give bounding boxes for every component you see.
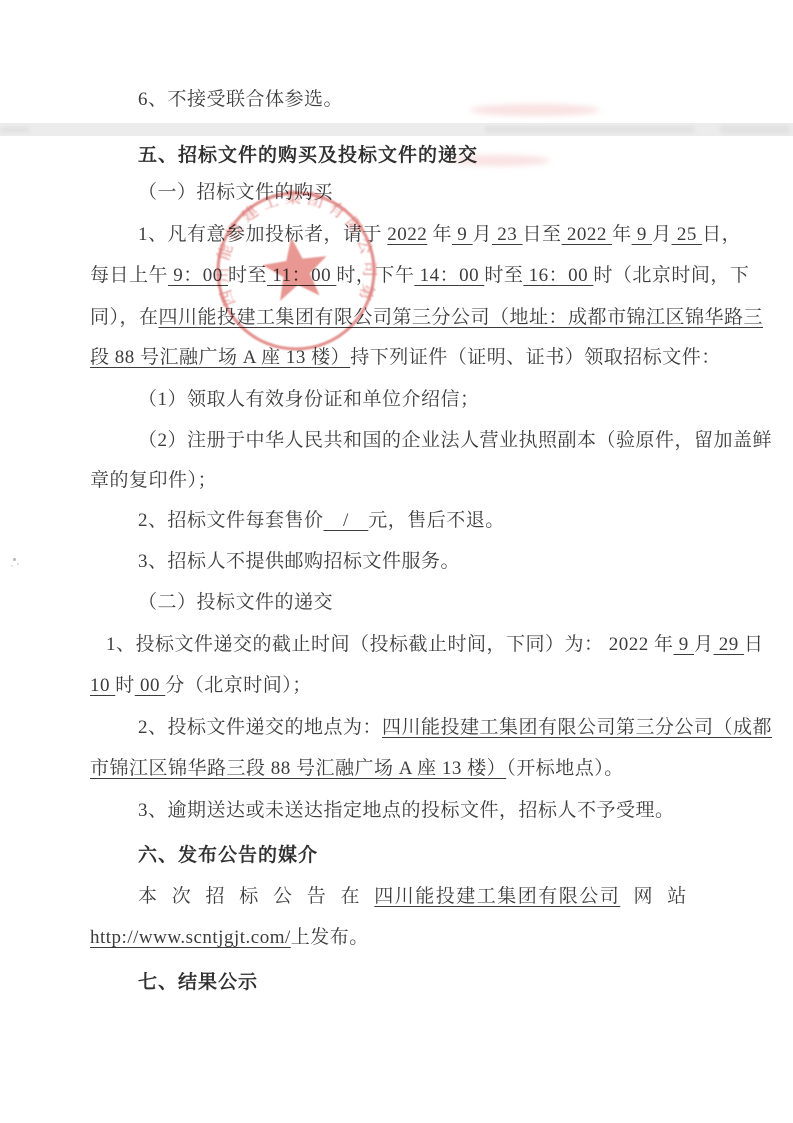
purchase-item-1-line-1: 1、凡有意参加投标者，请于 2022 年 9 月 23 日至 2022 年 9 … bbox=[138, 220, 741, 250]
underlined-field: 23 bbox=[492, 224, 523, 245]
underlined-field: 10 bbox=[90, 675, 115, 696]
text-run: 分（北京时间）； bbox=[165, 675, 312, 696]
text-run: 上发布。 bbox=[291, 927, 369, 948]
submission-item-1-line-2: 10 时 00 分（北京时间）； bbox=[90, 671, 312, 701]
text-run: 1、投标文件递交的截止时间（投标截止时间，下同）为： 2022 年 bbox=[106, 634, 674, 655]
text-run: 六、发布公告的媒介 bbox=[138, 844, 318, 866]
purchase-item-1-line-4: 段 88 号汇融广场 A 座 13 楼）持下列证件（证明、证书）领取招标文件： bbox=[90, 343, 721, 373]
underlined-field: 11：00 bbox=[267, 265, 336, 286]
text-run: 3、逾期送达或未送达指定地点的投标文件，招标人不予受理。 bbox=[138, 800, 675, 821]
text-run: 五、招标文件的购买及投标文件的递交 bbox=[138, 144, 478, 166]
underlined-field: http://www.scntjgjt.com/ bbox=[90, 927, 291, 948]
text-run: 3、招标人不提供邮购招标文件服务。 bbox=[138, 551, 460, 572]
text-run: 章的复印件）； bbox=[90, 470, 217, 491]
text-run: 七、结果公示 bbox=[138, 971, 258, 993]
text-run: 年 bbox=[612, 224, 632, 245]
media-line-1: 本 次 招 标 公 告 在 四川能投建工集团有限公司 网 站 bbox=[138, 882, 688, 912]
document-body: 6、不接受联合体参选。五、招标文件的购买及投标文件的递交（一）招标文件的购买1、… bbox=[0, 0, 793, 1123]
credential-1: （1）领取人有效身份证和单位介绍信； bbox=[138, 385, 480, 415]
text-run: 月 bbox=[652, 224, 672, 245]
underlined-field: 9 bbox=[452, 224, 473, 245]
subsection-2-title: （二）投标文件的递交 bbox=[138, 588, 333, 618]
text-run: 1、凡有意参加投标者，请于 bbox=[138, 224, 387, 245]
text-run: 6、不接受联合体参选。 bbox=[138, 89, 343, 110]
purchase-item-3: 3、招标人不提供邮购招标文件服务。 bbox=[138, 547, 460, 577]
submission-item-3: 3、逾期送达或未送达指定地点的投标文件，招标人不予受理。 bbox=[138, 796, 675, 826]
submission-item-1-line-1: 1、投标文件递交的截止时间（投标截止时间，下同）为： 2022 年 9 月 29… bbox=[106, 630, 764, 660]
underlined-field: 9 bbox=[632, 224, 653, 245]
section-7-heading: 七、结果公示 bbox=[138, 967, 258, 997]
text-run: 元，售后不退。 bbox=[368, 510, 505, 531]
credential-2-line-1: （2）注册于中华人民共和国的企业法人营业执照副本（验原件，留加盖鲜 bbox=[138, 426, 772, 456]
text-run: （一）招标文件的购买 bbox=[138, 182, 333, 203]
underlined-field: 四川能投建工集团有限公司 bbox=[374, 886, 620, 907]
underlined-field: 00 bbox=[135, 675, 166, 696]
text-run: 每日上午 bbox=[90, 265, 168, 286]
underlined-field: 四川能投建工集团有限公司第三分公司（地址：成都市锦江区锦华路三 bbox=[159, 307, 764, 328]
purchase-item-2: 2、招标文件每套售价 / 元，售后不退。 bbox=[138, 506, 505, 536]
underlined-field: 市锦江区锦华路三段 88 号汇融广场 A 座 13 楼） bbox=[90, 758, 506, 779]
submission-item-2-line-2: 市锦江区锦华路三段 88 号汇融广场 A 座 13 楼）（开标地点）。 bbox=[90, 754, 624, 784]
clause-6: 6、不接受联合体参选。 bbox=[138, 85, 343, 115]
text-run: 时 bbox=[115, 675, 135, 696]
text-run: 日至 bbox=[523, 224, 562, 245]
underlined-field: 2022 bbox=[562, 224, 613, 245]
credential-2-line-2: 章的复印件）； bbox=[90, 466, 217, 496]
underlined-field: 14：00 bbox=[414, 265, 484, 286]
text-run: 月 bbox=[694, 634, 714, 655]
subsection-1-title: （一）招标文件的购买 bbox=[138, 178, 333, 208]
text-run: 时至 bbox=[484, 265, 523, 286]
text-run: 本 次 招 标 公 告 在 bbox=[138, 886, 374, 907]
text-run: 时至 bbox=[228, 265, 267, 286]
submission-item-2-line-1: 2、投标文件递交的地点为：四川能投建工集团有限公司第三分公司（成都 bbox=[138, 713, 772, 743]
underlined-field: 段 88 号汇融广场 A 座 13 楼） bbox=[90, 347, 350, 368]
text-run: 年 bbox=[427, 224, 452, 245]
underlined-field: 25 bbox=[672, 224, 703, 245]
text-run: （2）注册于中华人民共和国的企业法人营业执照副本（验原件，留加盖鲜 bbox=[138, 430, 772, 451]
text-run: 月 bbox=[473, 224, 493, 245]
underlined-field: 9 bbox=[674, 634, 695, 655]
text-run: （开标地点）。 bbox=[506, 758, 624, 779]
text-run: 持下列证件（证明、证书）领取招标文件： bbox=[350, 347, 721, 368]
text-run: 日， bbox=[702, 224, 741, 245]
purchase-item-1-line-3: 同），在四川能投建工集团有限公司第三分公司（地址：成都市锦江区锦华路三 bbox=[90, 303, 763, 333]
underlined-field: 9：00 bbox=[168, 265, 228, 286]
text-run: 时（北京时间，下 bbox=[593, 265, 749, 286]
underlined-field: 29 bbox=[714, 634, 745, 655]
text-run: 同），在 bbox=[90, 307, 159, 328]
text-run: （1）领取人有效身份证和单位介绍信； bbox=[138, 389, 480, 410]
section-5-heading: 五、招标文件的购买及投标文件的递交 bbox=[138, 140, 478, 170]
text-run: （二）投标文件的递交 bbox=[138, 592, 333, 613]
section-6-heading: 六、发布公告的媒介 bbox=[138, 840, 318, 870]
text-run: 日 bbox=[744, 634, 764, 655]
text-run: 2、招标文件每套售价 bbox=[138, 510, 324, 531]
underlined-field: / bbox=[324, 510, 369, 531]
text-run: 2、投标文件递交的地点为： bbox=[138, 717, 382, 738]
text-run: 网 站 bbox=[620, 886, 688, 907]
scanned-document-page: 6、不接受联合体参选。五、招标文件的购买及投标文件的递交（一）招标文件的购买1、… bbox=[0, 0, 793, 1123]
purchase-item-1-line-2: 每日上午 9：00 时至 11：00 时，下午 14：00 时至 16：00 时… bbox=[90, 261, 749, 291]
underlined-field: 四川能投建工集团有限公司第三分公司（成都 bbox=[382, 717, 772, 738]
underlined-field: 16：00 bbox=[523, 265, 593, 286]
text-run: 时，下午 bbox=[336, 265, 414, 286]
media-line-2: http://www.scntjgjt.com/上发布。 bbox=[90, 923, 369, 953]
underlined-field: 2022 bbox=[387, 224, 427, 245]
